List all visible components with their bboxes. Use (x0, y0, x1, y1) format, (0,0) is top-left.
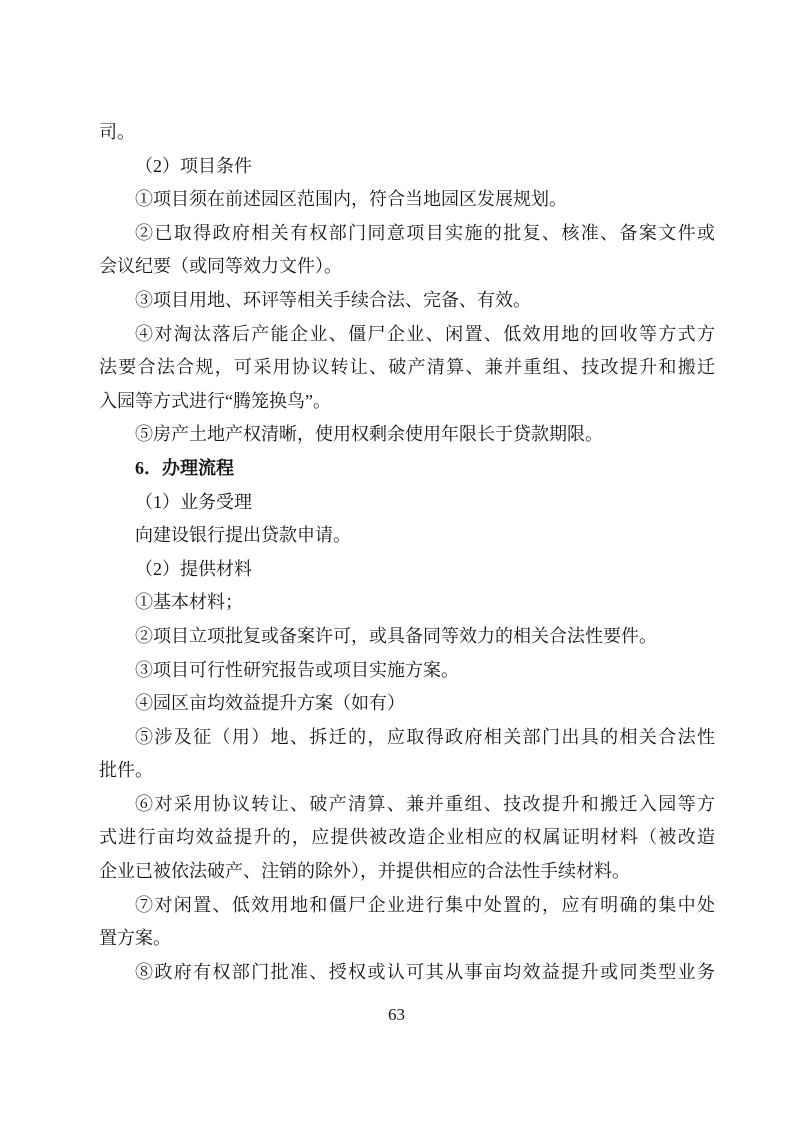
document-page: 司。（2）项目条件①项目须在前述园区范围内，符合当地园区发展规划。②已取得政府相… (0, 0, 793, 1122)
text-line: 置方案。 (99, 922, 715, 956)
text-line: ①项目须在前述园区范围内，符合当地园区发展规划。 (99, 183, 715, 217)
text-line: ⑥对采用协议转让、破产清算、兼并重组、技改提升和搬迁入园等方 (99, 788, 715, 822)
text-line: ②项目立项批复或备案许可，或具备同等效力的相关合法性要件。 (99, 620, 715, 654)
text-line: （1）业务受理 (99, 486, 715, 520)
document-body: 司。（2）项目条件①项目须在前述园区范围内，符合当地园区发展规划。②已取得政府相… (99, 116, 715, 989)
text-line: ④对淘汰落后产能企业、僵尸企业、闲置、低效用地的回收等方式方 (99, 318, 715, 352)
text-line: 批件。 (99, 754, 715, 788)
text-line: 司。 (99, 116, 715, 150)
text-line: 法要合法合规，可采用协议转让、破产清算、兼并重组、技改提升和搬迁 (99, 351, 715, 385)
page-footer: 63 (0, 1002, 793, 1028)
text-line: ⑦对闲置、低效用地和僵尸企业进行集中处置的，应有明确的集中处 (99, 889, 715, 923)
text-line: 向建设银行提出贷款申请。 (99, 519, 715, 553)
text-line: 式进行亩均效益提升的，应提供被改造企业相应的权属证明材料（被改造 (99, 821, 715, 855)
page-number: 63 (388, 1005, 405, 1024)
section-heading-line: 6．办理流程 (99, 452, 715, 486)
text-line: ⑤房产土地产权清晰，使用权剩余使用年限长于贷款期限。 (99, 418, 715, 452)
text-line: 会议纪要（或同等效力文件）。 (99, 250, 715, 284)
text-line: （2）提供材料 (99, 553, 715, 587)
text-line: （2）项目条件 (99, 150, 715, 184)
text-line: ④园区亩均效益提升方案（如有） (99, 687, 715, 721)
text-line: 企业已被依法破产、注销的除外），并提供相应的合法性手续材料。 (99, 855, 715, 889)
text-line: ⑧政府有权部门批准、授权或认可其从事亩均效益提升或同类型业务 (99, 956, 715, 990)
text-line: ③项目用地、环评等相关手续合法、完备、有效。 (99, 284, 715, 318)
text-line: ③项目可行性研究报告或项目实施方案。 (99, 654, 715, 688)
text-line: ②已取得政府相关有权部门同意项目实施的批复、核准、备案文件或 (99, 217, 715, 251)
text-line: ⑤涉及征（用）地、拆迁的，应取得政府相关部门出具的相关合法性 (99, 721, 715, 755)
text-line: ①基本材料； (99, 586, 715, 620)
text-line: 入园等方式进行“腾笼换鸟”。 (99, 385, 715, 419)
